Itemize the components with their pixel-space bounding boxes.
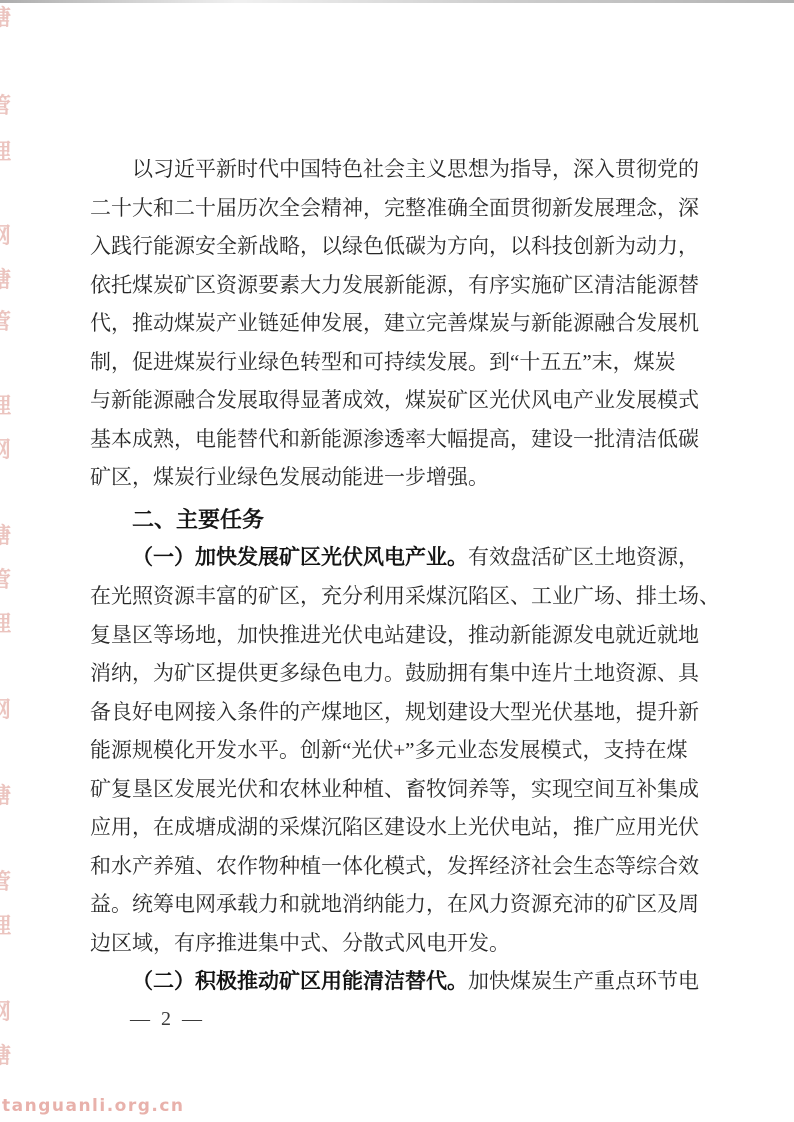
scan-top-edge xyxy=(0,0,794,3)
task-paragraph-1: （一）加快发展矿区光伏风电产业。有效盘活矿区土地资源， 在光照资源丰富的矿区，充… xyxy=(90,538,758,963)
left-edge-stamp-fragment: 糖 xyxy=(0,268,15,292)
left-edge-stamp-fragment: 糖 xyxy=(0,524,15,548)
task-paragraph-2: （二）积极推动矿区用能清洁替代。加快煤炭生产重点环节电 xyxy=(90,962,758,1002)
left-edge-stamp-fragment: 糖 xyxy=(0,784,15,808)
page-number: — 2 — xyxy=(130,1006,205,1032)
left-edge-stamp-fragment: 糖 xyxy=(0,6,15,30)
left-edge-stamp-fragment: 网 xyxy=(0,698,15,722)
left-edge-stamp-fragment: 理 xyxy=(0,394,15,418)
left-edge-stamp-fragment: 理 xyxy=(0,612,15,636)
left-edge-stamp-fragment: 网 xyxy=(0,224,15,248)
task-1-text: 有效盘活矿区土地资源， 在光照资源丰富的矿区，充分利用采煤沉陷区、工业广场、排土… xyxy=(90,545,720,955)
section-heading: 二、主要任务 xyxy=(90,501,758,538)
task-1-lead: （一）加快发展矿区光伏风电产业。 xyxy=(132,546,468,569)
left-edge-stamp-fragment: 糖 xyxy=(0,1044,15,1068)
left-edge-stamp-fragment: 网 xyxy=(0,1000,15,1024)
left-edge-stamp-fragment: 管 xyxy=(0,94,15,118)
left-edge-stamp-fragment: 网 xyxy=(0,438,15,462)
document-page: 糖管理网糖管理网糖管理网糖管理网糖 以习近平新时代中国特色社会主义思想为指导，深… xyxy=(0,0,794,1122)
task-2-text: 加快煤炭生产重点环节电 xyxy=(468,969,699,993)
left-edge-stamp-fragment: 管 xyxy=(0,568,15,592)
document-body: 以习近平新时代中国特色社会主义思想为指导，深入贯彻党的 二十大和二十届历次全会精… xyxy=(90,150,758,1002)
task-2-lead: （二）积极推动矿区用能清洁替代。 xyxy=(132,970,468,993)
left-edge-stamp-fragment: 理 xyxy=(0,914,15,938)
site-watermark: tanguanli.org.cn xyxy=(2,1096,185,1116)
left-edge-stamp-fragment: 管 xyxy=(0,870,15,894)
left-edge-stamp-fragment: 理 xyxy=(0,140,15,164)
left-edge-stamp-fragment: 管 xyxy=(0,310,15,334)
intro-paragraph: 以习近平新时代中国特色社会主义思想为指导，深入贯彻党的 二十大和二十届历次全会精… xyxy=(90,150,758,497)
